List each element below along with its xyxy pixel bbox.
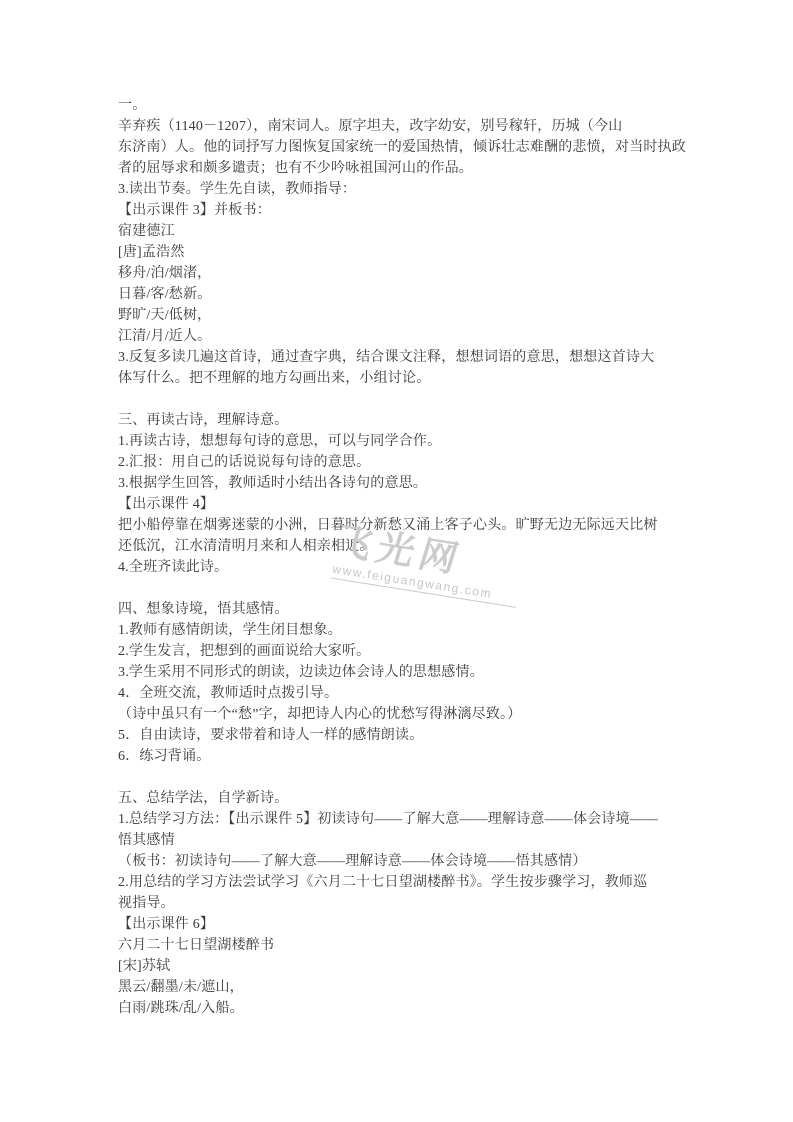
text-line: 3.根据学生回答，教师适时小结出各诗句的意思。 xyxy=(118,473,680,494)
text-line: 1.再读古诗，想想每句诗的意思，可以与同学合作。 xyxy=(118,431,680,452)
text-line: 移舟/泊/烟渚， xyxy=(118,263,680,284)
text-line: 辛弃疾（1140－1207），南宋词人。原字坦夫，改字幼安，别号稼轩，历城（今山 xyxy=(118,116,680,137)
text-line: 五、总结学法，自学新诗。 xyxy=(118,788,680,809)
text-line: [唐]孟浩然 xyxy=(118,242,680,263)
text-line: 东济南）人。他的词抒写力图恢复国家统一的爱国热情，倾诉壮志难酬的悲愤，对当时执政 xyxy=(118,137,680,158)
text-line: 宿建德江 xyxy=(118,221,680,242)
blank-line xyxy=(118,767,680,788)
text-line: 1.教师有感情朗读，学生闭目想象。 xyxy=(118,620,680,641)
text-line: 者的屈辱求和颇多谴责；也有不少吟咏祖国河山的作品。 xyxy=(118,158,680,179)
text-line: 3.读出节奏。学生先自读，教师指导： xyxy=(118,179,680,200)
text-line: 悟其感情 xyxy=(118,830,680,851)
text-line: 还低沉，江水清清明月来和人相亲相近。 xyxy=(118,536,680,557)
text-line: 视指导。 xyxy=(118,893,680,914)
blank-line xyxy=(118,578,680,599)
text-line: 2.用总结的学习方法尝试学习《六月二十七日望湖楼醉书》。学生按步骤学习，教师巡 xyxy=(118,872,680,893)
text-line: [宋]苏轼 xyxy=(118,956,680,977)
text-line: 江清/月/近人。 xyxy=(118,326,680,347)
document-text: 一。辛弃疾（1140－1207），南宋词人。原字坦夫，改字幼安，别号稼轩，历城（… xyxy=(118,95,680,1019)
text-line: 5．自由读诗，要求带着和诗人一样的感情朗读。 xyxy=(118,725,680,746)
text-line: （诗中虽只有一个“愁”字，却把诗人内心的忧愁写得淋漓尽致。） xyxy=(118,704,680,725)
text-line: 【出示课件 4】 xyxy=(118,494,680,515)
text-line: 体写什么。把不理解的地方勾画出来，小组讨论。 xyxy=(118,368,680,389)
text-line: 六月二十七日望湖楼醉书 xyxy=(118,935,680,956)
text-line: 3.反复多读几遍这首诗，通过查字典，结合课文注释，想想词语的意思，想想这首诗大 xyxy=(118,347,680,368)
text-line: 2.学生发言，把想到的画面说给大家听。 xyxy=(118,641,680,662)
text-line: 3.学生采用不同形式的朗读，边读边体会诗人的思想感情。 xyxy=(118,662,680,683)
text-line: 【出示课件 6】 xyxy=(118,914,680,935)
blank-line xyxy=(118,389,680,410)
text-line: 三、再读古诗，理解诗意。 xyxy=(118,410,680,431)
text-line: 4．全班交流，教师适时点拨引导。 xyxy=(118,683,680,704)
text-line: 6．练习背诵。 xyxy=(118,746,680,767)
text-line: 黑云/翻墨/未/遮山， xyxy=(118,977,680,998)
text-line: 1.总结学习方法：【出示课件 5】初读诗句——了解大意——理解诗意——体会诗境—… xyxy=(118,809,680,830)
text-line: （板书：初读诗句——了解大意——理解诗意——体会诗境——悟其感情） xyxy=(118,851,680,872)
document-page: 一。辛弃疾（1140－1207），南宋词人。原字坦夫，改字幼安，别号稼轩，历城（… xyxy=(0,0,793,1122)
text-line: 【出示课件 3】并板书： xyxy=(118,200,680,221)
text-line: 白雨/跳珠/乱/入船。 xyxy=(118,998,680,1019)
text-line: 野旷/天/低树， xyxy=(118,305,680,326)
text-line: 2.汇报：用自己的话说说每句诗的意思。 xyxy=(118,452,680,473)
text-line: 日暮/客/愁新。 xyxy=(118,284,680,305)
text-line: 一。 xyxy=(118,95,680,116)
text-line: 4.全班齐读此诗。 xyxy=(118,557,680,578)
text-line: 四、想象诗境，悟其感情。 xyxy=(118,599,680,620)
text-line: 把小船停靠在烟雾迷蒙的小洲，日暮时分新愁又涌上客子心头。旷野无边无际远天比树 xyxy=(118,515,680,536)
